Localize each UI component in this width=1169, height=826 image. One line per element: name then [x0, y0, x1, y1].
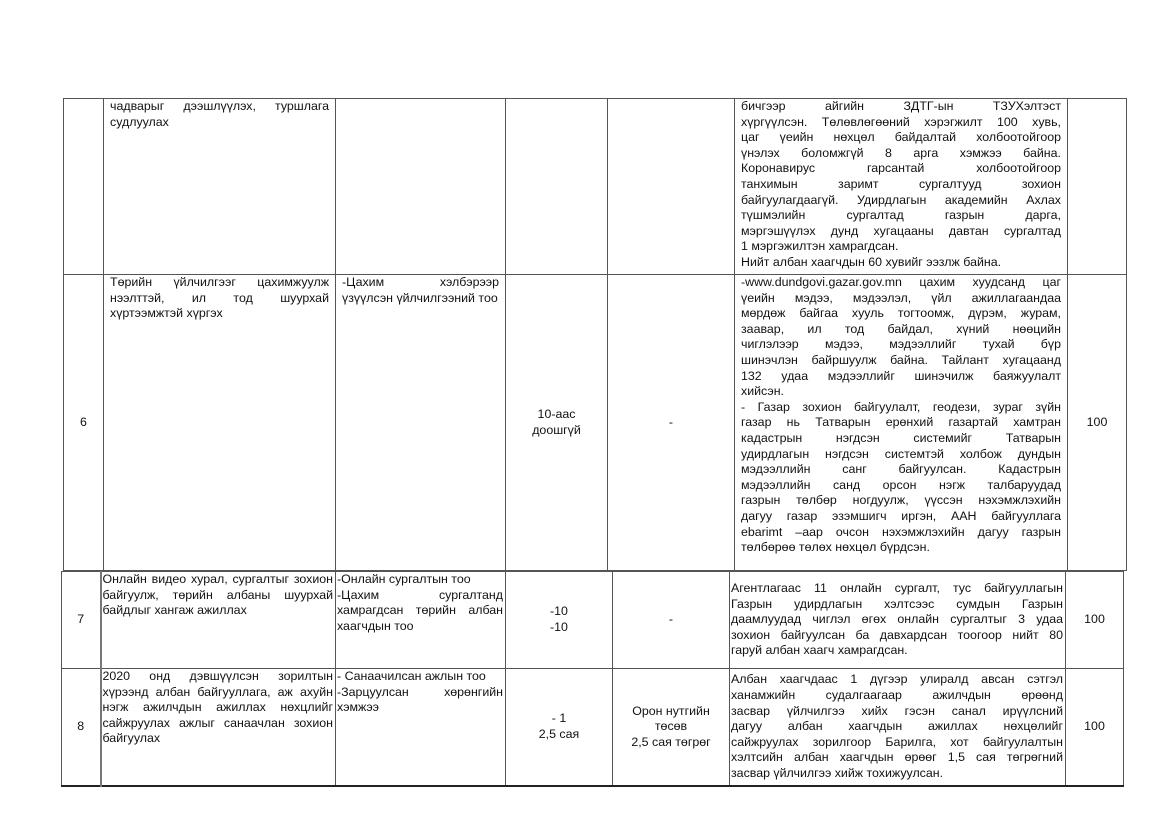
table-row: 6 Төрийн үйлчилгээг цахимжуулж нээлттэй,… — [64, 275, 1127, 571]
result-text-line: ebarimt –аар очсон нэхэмжлэхийн дагуу га… — [741, 525, 1061, 541]
result-text-line: даамлуудад чиглэл өгөх онлайн сургалтыг … — [731, 612, 1063, 628]
result-text-line: -www.dundgovi.gazar.gov.mn цахим хуудсан… — [741, 275, 1061, 291]
result-text-line: танхимын заримт сургалтууд зохион — [741, 177, 1061, 193]
report-table-upper: чадварыг дээшлүүлэх, туршлага судлуулах … — [63, 98, 1127, 571]
result-text-line: засвар үйлчилгээ хийж тохижуулсан. — [731, 766, 1063, 782]
result-text-line: 1 мэргэжилтэн хамрагдсан. — [741, 239, 1061, 255]
result-text-line: зохион байгуулсан ба давхардсан тоогоор … — [731, 628, 1063, 644]
row-number: 6 — [64, 275, 104, 571]
result-text-line: дагуу албан хаагчдын ажиллах нөхцөлийг — [731, 719, 1063, 735]
result-text-line: гаруй албан хаагч хамрагдсан. — [731, 643, 1063, 659]
result-text-line: хийсэн. — [741, 384, 1061, 400]
result-text-line: 132 удаа мэдээллийг шинэчилж баяжуулалт — [741, 369, 1061, 385]
table-row: 7 Онлайн видео хурал, сургалтыг зохион б… — [62, 572, 1124, 669]
result-text-line: Нийт албан хаагчдын 60 хувийг ээзлж байн… — [741, 255, 1061, 271]
result-text-line: удирдлагын нэгдсэн системтэй холбож дунд… — [741, 447, 1061, 463]
result-text-line: үеийн мэдээ, мэдээлэл, үйл ажиллагаандаа — [741, 291, 1061, 307]
result-text-line: мөрдөж байгаа хууль тогтоомж, дүрэм, жур… — [741, 306, 1061, 322]
result-text-line: мэдээллийн санг байгуулсан. Кадастрын — [741, 462, 1061, 478]
goal-cell: чадварыг дээшлүүлэх, туршлага судлуулах — [104, 99, 336, 275]
indicator-cell: -Онлайн сургалтын тоо -Цахим сургалтанд … — [336, 572, 506, 669]
score-cell: 100 — [1066, 669, 1124, 787]
result-text-line: сайжруулах зорилгоор Барилга, хот байгуу… — [731, 735, 1063, 751]
result-text-line: кадастрын нэгдсэн системийг Татварын — [741, 431, 1061, 447]
result-text-line: түшмэлийн сургалтад газрын дарга, — [741, 208, 1061, 224]
result-text-line: Албан хаагчдаас 1 дүгээр улиралд авсан с… — [731, 672, 1063, 688]
row-number: 8 — [62, 669, 101, 787]
result-text-line: чиглэлээр мэдээ, мэдээллийг тухай бүр — [741, 337, 1061, 353]
budget-cell: - — [613, 572, 730, 669]
result-text-line: - Газар зохион байгуулалт, геодези, зура… — [741, 400, 1061, 416]
result-text-line: бичгээр айгийн ЗДТГ-ын ТЗУХэлтэст — [741, 99, 1061, 115]
result-text-line: мэргэшүүлэх дунд хугацааны давтан сургал… — [741, 224, 1061, 240]
result-text-line: Агентлагаас 11 онлайн сургалт, тус байгу… — [731, 581, 1063, 597]
goal-cell: Онлайн видео хурал, сургалтыг зохион бай… — [101, 572, 336, 669]
result-text-line: Коронавирус гарсантай холбоотойгоор — [741, 161, 1061, 177]
result-text-line: газрын төлбөр ногдуулж, үүссэн нэхэмжлэх… — [741, 493, 1061, 509]
result-text-line: хэлтсийн албан хаагчдын өрөөг 1,5 сая тө… — [731, 750, 1063, 766]
result-text-line: газар нь Татварын ерөнхий газартай хамтр… — [741, 415, 1061, 431]
indicator-cell: - Санаачилсан ажлын тоо -Зарцуулсан хөрө… — [336, 669, 506, 787]
result-cell: Агентлагаас 11 онлайн сургалт, тус байгу… — [730, 572, 1066, 669]
budget-cell — [608, 99, 735, 275]
result-cell: бичгээр айгийн ЗДТГ-ын ТЗУХэлтэстхүргүүл… — [735, 99, 1068, 275]
goal-cell: Төрийн үйлчилгээг цахимжуулж нээлттэй, и… — [104, 275, 336, 571]
result-cell: Албан хаагчдаас 1 дүгээр улиралд авсан с… — [730, 669, 1066, 787]
indicator-cell — [336, 99, 506, 275]
result-text-line: байгуулагдаагүй. Удирдлагын академийн Ах… — [741, 193, 1061, 209]
result-text-line: төлбөрөө төлөх нөхцөл бүрдсэн. — [741, 540, 1061, 556]
score-cell: 100 — [1068, 275, 1127, 571]
result-text-line: заавар, ил тод байдал, хүний нөөцийн — [741, 322, 1061, 338]
target-cell: -10 -10 — [506, 572, 613, 669]
result-text-line: мэдээллийн санд орсон нэгж талбаруудад — [741, 478, 1061, 494]
result-cell: -www.dundgovi.gazar.gov.mn цахим хуудсан… — [735, 275, 1068, 571]
result-text-line: цаг үеийн нөхцөл байдалтай холбоотойгоор — [741, 130, 1061, 146]
result-text-line: ханамжийн судалгаагаар ажилчдын өрөөнд — [731, 688, 1063, 704]
budget-cell: - — [608, 275, 735, 571]
budget-cell: Орон нутгийн төсөв 2,5 сая төгрөг — [613, 669, 730, 787]
score-cell — [1068, 99, 1127, 275]
goal-cell: 2020 онд дэвшүүлсэн зорилтын хүрээнд алб… — [101, 669, 336, 787]
indicator-cell: -Цахим хэлбэрээр үзүүлсэн үйлчилгээний т… — [336, 275, 506, 571]
table-row: 8 2020 онд дэвшүүлсэн зорилтын хүрээнд а… — [62, 669, 1124, 787]
target-cell: 10-аас доошгүй — [506, 275, 608, 571]
result-text-line: дагуу газар эзэмшигч иргэн, ААН байгуулл… — [741, 509, 1061, 525]
result-text-line: засвар үйлчилгээ хийх гэсэн санал ирүүлс… — [731, 704, 1063, 720]
row-number: 7 — [62, 572, 101, 669]
target-cell — [506, 99, 608, 275]
score-cell: 100 — [1066, 572, 1124, 669]
table-row: чадварыг дээшлүүлэх, туршлага судлуулах … — [64, 99, 1127, 275]
result-text-line: шинэчлэн байршуулж байна. Тайлант хугаца… — [741, 353, 1061, 369]
result-text-line: үнэлэх боломжгүй 8 арга хэмжээ байна. — [741, 146, 1061, 162]
target-cell: - 1 2,5 сая — [506, 669, 613, 787]
result-text-line: хүргүүлсэн. Төлөвлөгөөний хэрэгжилт 100 … — [741, 115, 1061, 131]
row-number — [64, 99, 104, 275]
result-text-line: Газрын удирдлагын хэлтсээс сумдын Газрын — [731, 597, 1063, 613]
report-table-lower: 7 Онлайн видео хурал, сургалтыг зохион б… — [61, 571, 1124, 787]
